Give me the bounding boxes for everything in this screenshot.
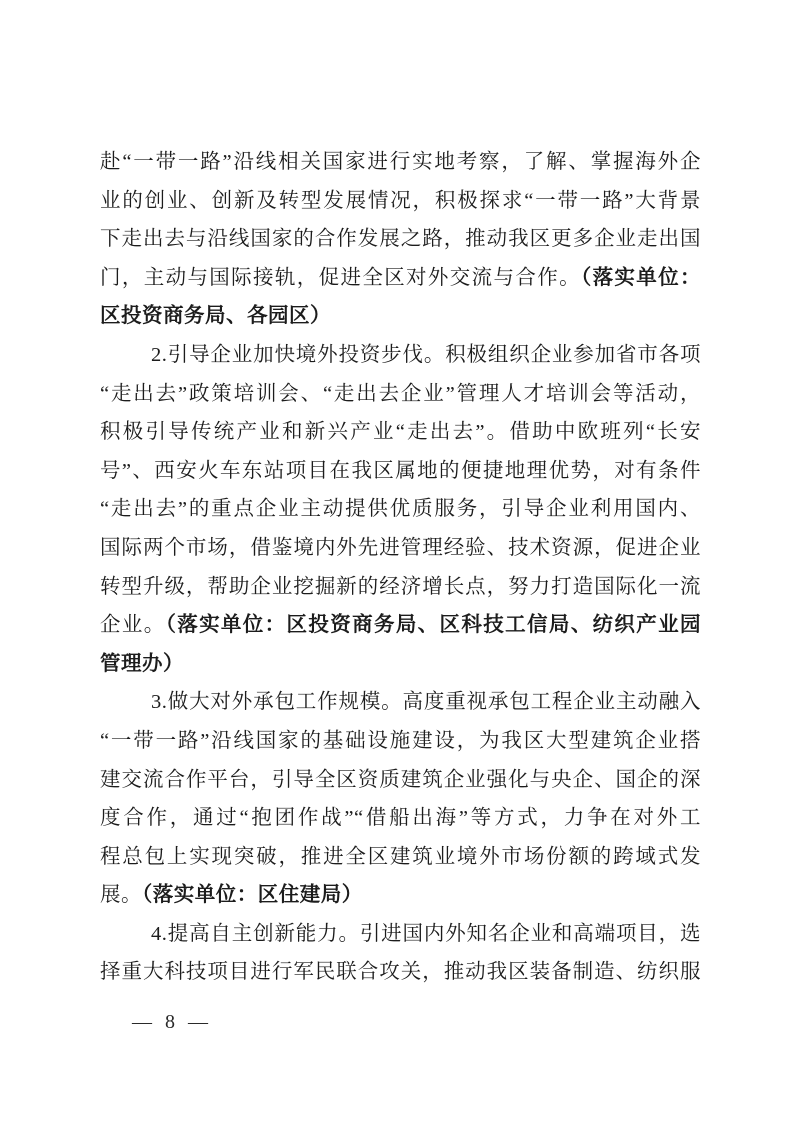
body-text: 3.做大对外承包工作规模。高度重视承包工程企业主动融入 bbox=[151, 691, 701, 713]
document-body: 赴“一带一路”沿线相关国家进行实地考察，了解、掌握海外企业的创业、创新及转型发展… bbox=[100, 143, 701, 992]
text-line: 择重大科技项目进行军民联合攻关，推动我区装备制造、纺织服 bbox=[100, 953, 701, 992]
body-text: 积极引导传统产业和新兴产业“走出去”。借助中欧班列“长安 bbox=[100, 421, 701, 443]
text-line: “走出去”政策培训会、“走出去企业”管理人才培训会等活动， bbox=[100, 375, 701, 414]
text-line: 国际两个市场，借鉴境内外先进管理经验、技术资源，促进企业 bbox=[100, 529, 701, 568]
body-text: 程总包上实现突破，推进全区建筑业境外市场份额的跨域式发 bbox=[100, 846, 701, 868]
text-line: 门，主动与国际接轨，促进全区对外交流与合作。（落实单位： bbox=[100, 259, 701, 298]
text-line: 建交流合作平台，引导全区资质建筑企业强化与央企、国企的深 bbox=[100, 761, 701, 800]
body-text: 下走出去与沿线国家的合作发展之路，推动我区更多企业走出国 bbox=[100, 228, 701, 250]
body-text: 业的创业、创新及转型发展情况，积极探求“一带一路”大背景 bbox=[100, 190, 701, 212]
paragraph: 赴“一带一路”沿线相关国家进行实地考察，了解、掌握海外企业的创业、创新及转型发展… bbox=[100, 143, 701, 336]
body-text: “一带一路”沿线国家的基础设施建设，为我区大型建筑企业搭 bbox=[100, 730, 701, 752]
text-line: 区投资商务局、各园区） bbox=[100, 297, 701, 336]
body-text: 度合作，通过“抱团作战”“借船出海”等方式，力争在对外工 bbox=[100, 807, 701, 829]
text-line: 4.提高自主创新能力。引进国内外知名企业和高端项目，选 bbox=[100, 915, 701, 954]
text-line: 转型升级，帮助企业挖掘新的经济增长点，努力打造国际化一流 bbox=[100, 568, 701, 607]
text-line: 程总包上实现突破，推进全区建筑业境外市场份额的跨域式发 bbox=[100, 838, 701, 877]
body-text: 2.引导企业加快境外投资步伐。积极组织企业参加省市各项 bbox=[151, 344, 701, 366]
body-text: 门，主动与国际接轨，促进全区对外交流与合作。 bbox=[100, 267, 581, 289]
body-text: 建交流合作平台，引导全区资质建筑企业强化与央企、国企的深 bbox=[100, 769, 701, 791]
text-line: 管理办） bbox=[100, 645, 701, 684]
paragraph: 2.引导企业加快境外投资步伐。积极组织企业参加省市各项“走出去”政策培训会、“走… bbox=[100, 336, 701, 683]
text-line: 业的创业、创新及转型发展情况，积极探求“一带一路”大背景 bbox=[100, 182, 701, 221]
responsible-unit-text: 区投资商务局、各园区） bbox=[100, 305, 331, 327]
body-text: 展。 bbox=[100, 884, 142, 906]
responsible-unit-text: 管理办） bbox=[100, 653, 184, 675]
text-line: 度合作，通过“抱团作战”“借船出海”等方式，力争在对外工 bbox=[100, 799, 701, 838]
text-line: “一带一路”沿线国家的基础设施建设，为我区大型建筑企业搭 bbox=[100, 722, 701, 761]
text-line: 展。（落实单位：区住建局） bbox=[100, 876, 701, 915]
text-line: 积极引导传统产业和新兴产业“走出去”。借助中欧班列“长安 bbox=[100, 413, 701, 452]
body-text: 国际两个市场，借鉴境内外先进管理经验、技术资源，促进企业 bbox=[100, 537, 701, 559]
paragraph: 4.提高自主创新能力。引进国内外知名企业和高端项目，选择重大科技项目进行军民联合… bbox=[100, 915, 701, 992]
text-line: 下走出去与沿线国家的合作发展之路，推动我区更多企业走出国 bbox=[100, 220, 701, 259]
body-text: “走出去”政策培训会、“走出去企业”管理人才培训会等活动， bbox=[100, 383, 701, 405]
text-line: “走出去”的重点企业主动提供优质服务，引导企业利用国内、 bbox=[100, 490, 701, 529]
page-number: — 8 — bbox=[132, 1003, 212, 1041]
responsible-unit-text: （落实单位：区住建局） bbox=[142, 884, 363, 906]
responsible-unit-text: （落实单位：区投资商务局、区科技工信局、纺织产业园 bbox=[166, 614, 701, 636]
text-line: 号”、西安火车东站项目在我区属地的便捷地理优势，对有条件 bbox=[100, 452, 701, 491]
body-text: 企业。 bbox=[100, 614, 166, 636]
responsible-unit-text: （落实单位： bbox=[581, 267, 701, 289]
document-page: 赴“一带一路”沿线相关国家进行实地考察，了解、掌握海外企业的创业、创新及转型发展… bbox=[0, 0, 793, 1122]
body-text: 转型升级，帮助企业挖掘新的经济增长点，努力打造国际化一流 bbox=[100, 576, 701, 598]
text-line: 企业。（落实单位：区投资商务局、区科技工信局、纺织产业园 bbox=[100, 606, 701, 645]
body-text: “走出去”的重点企业主动提供优质服务，引导企业利用国内、 bbox=[100, 498, 701, 520]
text-line: 2.引导企业加快境外投资步伐。积极组织企业参加省市各项 bbox=[100, 336, 701, 375]
body-text: 赴“一带一路”沿线相关国家进行实地考察，了解、掌握海外企 bbox=[100, 151, 701, 173]
text-line: 赴“一带一路”沿线相关国家进行实地考察，了解、掌握海外企 bbox=[100, 143, 701, 182]
body-text: 择重大科技项目进行军民联合攻关，推动我区装备制造、纺织服 bbox=[100, 961, 701, 983]
body-text: 4.提高自主创新能力。引进国内外知名企业和高端项目，选 bbox=[151, 923, 701, 945]
text-line: 3.做大对外承包工作规模。高度重视承包工程企业主动融入 bbox=[100, 683, 701, 722]
body-text: 号”、西安火车东站项目在我区属地的便捷地理优势，对有条件 bbox=[100, 460, 701, 482]
paragraph: 3.做大对外承包工作规模。高度重视承包工程企业主动融入“一带一路”沿线国家的基础… bbox=[100, 683, 701, 915]
